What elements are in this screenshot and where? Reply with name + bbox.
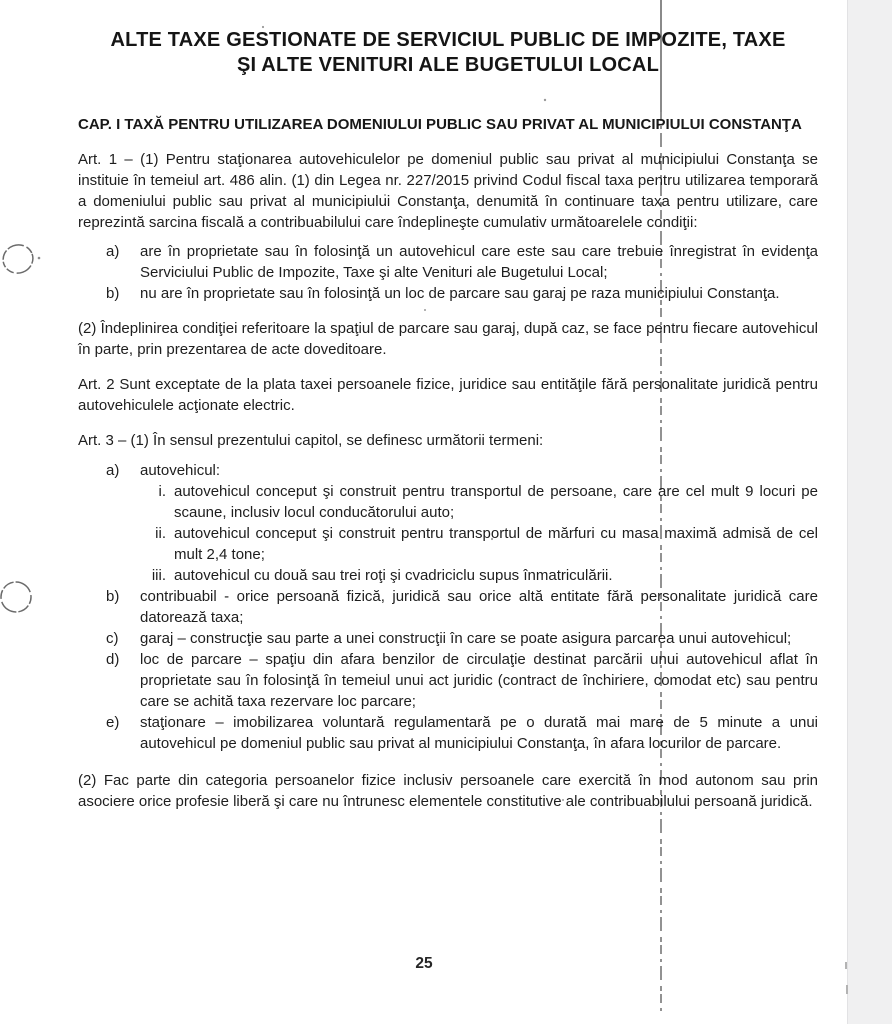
list-item-text: garaj – construcţie sau parte a unei con…	[140, 628, 818, 649]
list-item-text: autovehicul:	[140, 460, 818, 481]
page-number: 25	[0, 955, 848, 973]
article-1-paragraph-2: (2) Îndeplinirea condiţiei referitoare l…	[78, 318, 818, 360]
list-item-marker: b)	[106, 283, 140, 304]
list-item-marker: a)	[106, 241, 140, 283]
list-item-text: are în proprietate sau în folosinţă un a…	[140, 241, 818, 283]
title-line-2: ŞI ALTE VENITURI ALE BUGETULUI LOCAL	[78, 53, 818, 78]
sub-list-item: ii. autovehicul conceput şi construit pe…	[78, 523, 818, 565]
list-item: a) are în proprietate sau în folosinţă u…	[78, 241, 818, 283]
sub-list-text: autovehicul conceput şi construit pentru…	[174, 523, 818, 565]
sub-list-marker: iii.	[140, 565, 174, 586]
scanned-document-page: ALTE TAXE GESTIONATE DE SERVICIUL PUBLIC…	[0, 0, 892, 1024]
list-item: b) contribuabil - orice persoană fizică,…	[78, 586, 818, 628]
list-item-marker: a)	[106, 460, 140, 481]
article-3-paragraph-2: (2) Fac parte din categoria persoanelor …	[78, 770, 818, 812]
list-item-text: loc de parcare – spaţiu din afara benzil…	[140, 649, 818, 712]
list-item-marker: b)	[106, 586, 140, 628]
article-2-paragraph: Art. 2 Sunt exceptate de la plata taxei …	[78, 374, 818, 416]
title-line-1: ALTE TAXE GESTIONATE DE SERVICIUL PUBLIC…	[78, 28, 818, 53]
list-item-marker: e)	[106, 712, 140, 754]
list-item-marker: c)	[106, 628, 140, 649]
list-item: e) staţionare – imobilizarea voluntară r…	[78, 712, 818, 754]
list-item: b) nu are în proprietate sau în folosinţ…	[78, 283, 818, 304]
article-1-paragraph-1: Art. 1 – (1) Pentru staţionarea autovehi…	[78, 149, 818, 233]
sub-list-marker: ii.	[140, 523, 174, 565]
list-item-marker: d)	[106, 649, 140, 712]
sub-list-item: iii. autovehicul cu două sau trei roţi ş…	[78, 565, 818, 586]
sub-list-marker: i.	[140, 481, 174, 523]
document-title: ALTE TAXE GESTIONATE DE SERVICIUL PUBLIC…	[78, 28, 818, 78]
list-item: c) garaj – construcţie sau parte a unei …	[78, 628, 818, 649]
list-item-text: staţionare – imobilizarea voluntară regu…	[140, 712, 818, 754]
sub-list-text: autovehicul conceput şi construit pentru…	[174, 481, 818, 523]
article-3-intro: Art. 3 – (1) În sensul prezentului capit…	[78, 430, 818, 451]
list-item-text: nu are în proprietate sau în folosinţă u…	[140, 283, 818, 304]
list-item: d) loc de parcare – spaţiu din afara ben…	[78, 649, 818, 712]
article-1-conditions-list: a) are în proprietate sau în folosinţă u…	[78, 241, 818, 304]
article-3-terms-list: a) autovehicul: i. autovehicul conceput …	[78, 460, 818, 754]
chapter-heading: CAP. I TAXĂ PENTRU UTILIZAREA DOMENIULUI…	[78, 114, 818, 135]
document-content: ALTE TAXE GESTIONATE DE SERVICIUL PUBLIC…	[0, 0, 892, 812]
sub-list-item: i. autovehicul conceput şi construit pen…	[78, 481, 818, 523]
sub-list-text: autovehicul cu două sau trei roţi şi cva…	[174, 565, 818, 586]
list-item-text: contribuabil - orice persoană fizică, ju…	[140, 586, 818, 628]
list-item: a) autovehicul:	[78, 460, 818, 481]
